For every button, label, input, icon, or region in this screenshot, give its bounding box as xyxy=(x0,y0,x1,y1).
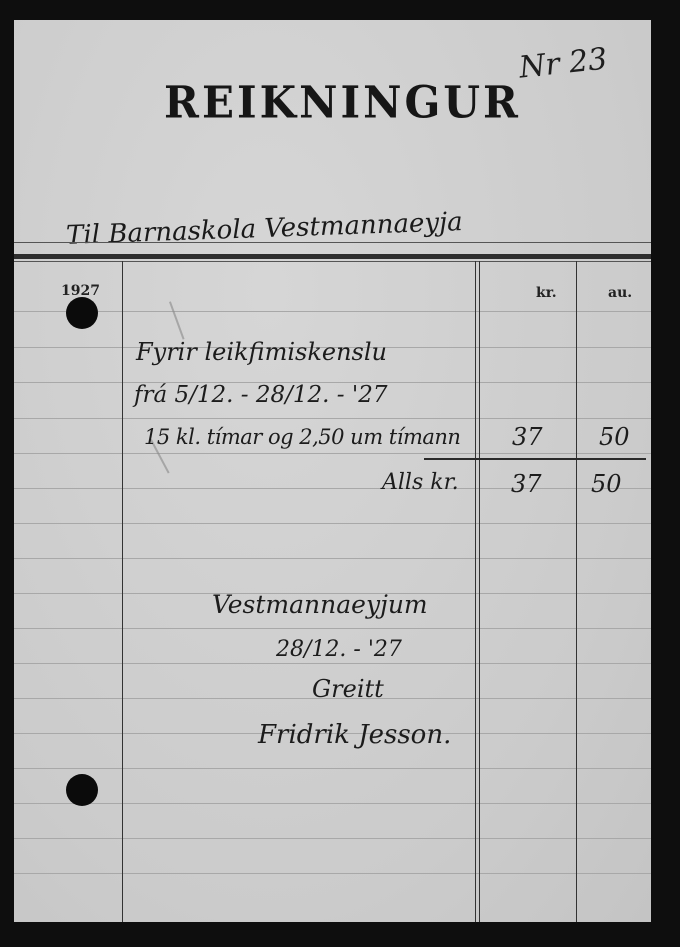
ledger-line xyxy=(14,628,651,629)
kr-au-column-divider xyxy=(576,261,577,922)
line-item-description: Fyrir leikfimiskenslu xyxy=(136,338,387,366)
paid-note: Greitt xyxy=(312,675,384,703)
date-column-divider xyxy=(122,261,123,922)
signer-name: Fridrik Jesson. xyxy=(258,720,451,750)
header-thin-rule xyxy=(14,261,651,262)
ledger-line xyxy=(14,803,651,804)
pencil-mark xyxy=(169,301,185,339)
line-item-kr: 37 xyxy=(512,423,543,451)
ledger-line xyxy=(14,418,651,419)
ledger-line xyxy=(14,558,651,559)
ledger-line xyxy=(14,488,651,489)
ledger-line xyxy=(14,453,651,454)
description-column-divider-b xyxy=(479,261,480,922)
ledger-line xyxy=(14,838,651,839)
line-item-au: 50 xyxy=(599,423,630,451)
addressee-underline xyxy=(14,242,651,243)
document-title: REIKNINGUR xyxy=(14,77,651,128)
total-label: Alls kr. xyxy=(382,470,459,495)
addressee: Til Barnaskola Vestmannaeyja xyxy=(66,207,464,251)
au-column-header: au. xyxy=(608,285,632,301)
kr-column-header: kr. xyxy=(536,285,557,301)
punch-hole-top xyxy=(66,297,98,329)
description-column-divider-a xyxy=(475,261,476,922)
line-item-description: 15 kl. tímar og 2,50 um tímann xyxy=(144,425,460,449)
sum-rule xyxy=(424,458,646,460)
signature-date: 28/12. - '27 xyxy=(276,637,402,662)
line-item-description: frá 5/12. - 28/12. - '27 xyxy=(134,382,387,408)
ledger-line xyxy=(14,311,651,312)
punch-hole-bottom xyxy=(66,774,98,806)
ledger-line xyxy=(14,768,651,769)
invoice-paper: Nr 23 REIKNINGUR Til Barnaskola Vestmann… xyxy=(14,20,651,922)
header-thick-rule xyxy=(14,254,651,259)
ledger-line xyxy=(14,523,651,524)
ledger-line xyxy=(14,873,651,874)
signature-place: Vestmannaeyjum xyxy=(212,590,428,619)
ledger-line xyxy=(14,663,651,664)
total-kr: 37 xyxy=(511,470,542,498)
total-au: 50 xyxy=(591,470,622,498)
